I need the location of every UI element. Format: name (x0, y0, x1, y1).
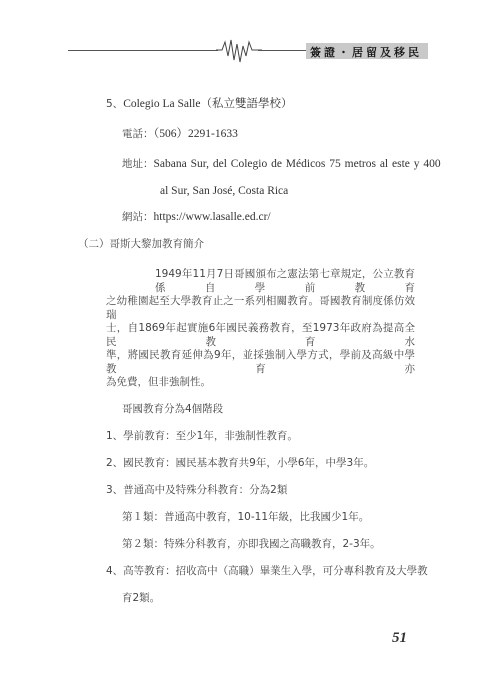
stages-intro: 哥國教育分為4個階段 (122, 402, 223, 416)
website-link[interactable]: https://www.lasalle.ed.cr/ (154, 211, 271, 223)
zigzag-ornament-icon (216, 38, 262, 64)
phone-label: 電話： (122, 128, 154, 140)
header-rule-left (68, 50, 218, 51)
stage-item: 1、學前教育：至少1年，非強制性教育。 (106, 429, 298, 443)
paragraph-line: 1949年11月7日哥國頒布之憲法第七章規定，公立教育係自學前教育 (155, 267, 415, 295)
address-line-2: al Sur, San José, Costa Rica (160, 184, 288, 198)
address-line-1: Sabana Sur, del Colegio de Médicos 75 me… (154, 158, 441, 170)
school-name: Colegio La Salle（私立雙語學校） (123, 98, 292, 110)
page-number: 51 (392, 630, 407, 647)
running-header-title: 簽證・居留及移民 (310, 44, 422, 60)
section-heading: （二）哥斯大黎加教育簡介 (78, 237, 204, 251)
school-website: 網站：https://www.lasalle.ed.cr/ (122, 210, 271, 224)
stage-subitem: 第１類：普通高中教育，10-11年級，比我國少1年。 (122, 510, 369, 524)
paragraph-line: 之幼稚園起至大學教育止之一系列相關教育。哥國教育制度係仿效瑞 (106, 294, 415, 322)
website-label: 網站： (122, 211, 154, 223)
stage-item-continued: 育2類。 (122, 591, 160, 605)
stage-item: 3、普通高中及特殊分科教育：分為2類 (106, 483, 287, 497)
page-header: 簽證・居留及移民 (0, 0, 480, 70)
phone-value: （506）2291-1633 (154, 128, 238, 140)
address-label: 地址： (122, 158, 154, 170)
school-address: 地址：Sabana Sur, del Colegio de Médicos 75… (122, 157, 412, 171)
paragraph-line: 士，自1869年起實施6年國民義務教育，至1973年政府為提高全民教育水 (106, 321, 415, 349)
stage-item: 2、國民教育：國民基本教育共9年，小學6年，中學3年。 (106, 456, 374, 470)
stage-item: 4、高等教育：招收高中（高職）畢業生入學，可分專科教育及大學教 (106, 564, 428, 578)
paragraph-line: 為免費，但非強制性。 (106, 375, 211, 389)
paragraph-line: 準，將國民教育延伸為9年，並採強制入學方式，學前及高級中學教育亦 (106, 348, 415, 376)
stage-subitem: 第２類：特殊分科教育，亦即我國之高職教育，2-3年。 (122, 537, 381, 551)
school-number: 5、 (106, 98, 123, 110)
school-phone: 電話：（506）2291-1633 (122, 127, 238, 141)
header-rule-right (258, 50, 306, 51)
school-entry: 5、Colegio La Salle（私立雙語學校） (106, 97, 292, 111)
